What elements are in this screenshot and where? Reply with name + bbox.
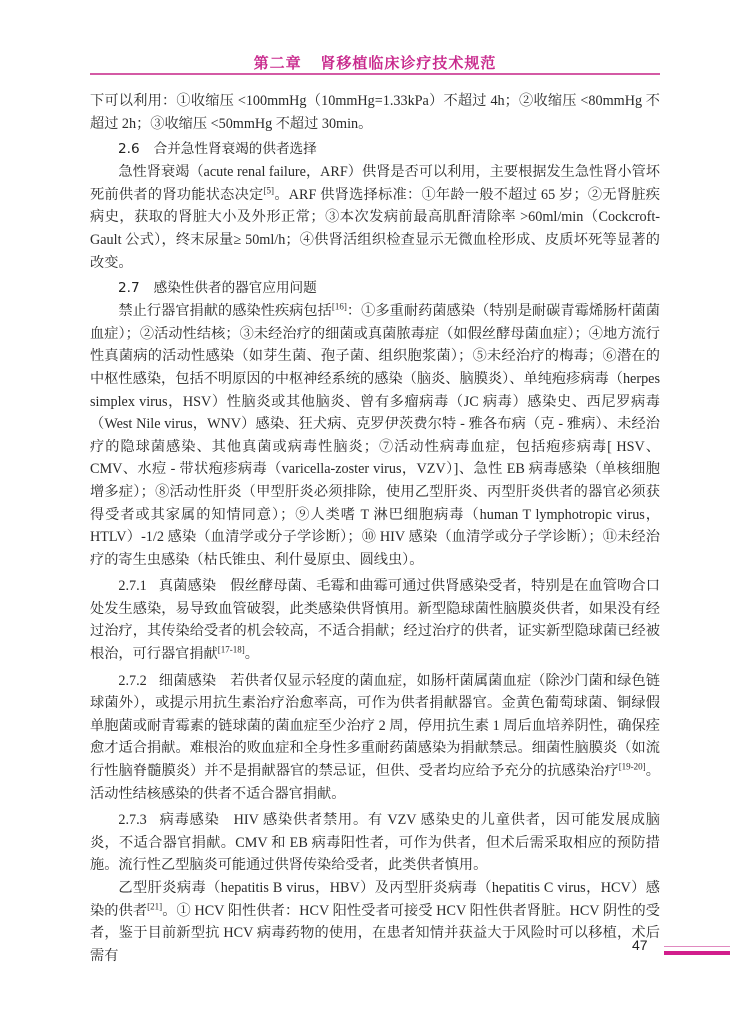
section-title: 感染性供者的器官应用问题: [154, 280, 317, 296]
header-divider: [90, 73, 660, 75]
paragraph-continued: 下可以利用：①收缩压 <100mmHg（10mmHg=1.33kPa）不超过 4…: [90, 90, 660, 135]
subsection-number: 2.7.1: [118, 578, 146, 594]
footer-divider: [664, 951, 730, 955]
paragraph-contraindications: 禁止行器官捐献的感染性疾病包括[16]：①多重耐药菌感染（特别是耐碳青霉烯肠杆菌…: [90, 300, 660, 571]
subsection-number: 2.7.3: [118, 812, 146, 828]
chapter-label: 第二章: [254, 54, 302, 72]
subsection-number: 2.7.2: [118, 673, 146, 689]
subsection-2-7-2: 2.7.2细菌感染若供者仅显示轻度的菌血症，如肠杆菌属菌血症（除沙门菌和绿色链球…: [90, 670, 660, 806]
paragraph-text: 。: [245, 646, 259, 662]
section-heading-2-7: 2.7感染性供者的器官应用问题: [90, 276, 660, 300]
footer-divider-thin: [664, 946, 730, 947]
section-title: 合并急性肾衰竭的供者选择: [154, 141, 317, 157]
page-number: 47: [632, 937, 648, 953]
citation-ref: [5]: [264, 185, 275, 195]
subsection-2-7-3: 2.7.3病毒感染HIV 感染供者禁用。有 VZV 感染史的儿童供者，因可能发展…: [90, 809, 660, 877]
paragraph-arf: 急性肾衰竭（acute renal failure，ARF）供肾是否可以利用，主…: [90, 161, 660, 274]
paragraph-text: 禁止行器官捐献的感染性疾病包括: [118, 303, 331, 319]
paragraph-hepatitis: 乙型肝炎病毒（hepatitis B virus，HBV）及丙型肝炎病毒（hep…: [90, 877, 660, 967]
page-body: 下可以利用：①收缩压 <100mmHg（10mmHg=1.33kPa）不超过 4…: [90, 90, 660, 967]
running-header: 第二章 肾移植临床诊疗技术规范: [90, 52, 660, 73]
paragraph-text: 。① HCV 阳性供者：HCV 阳性受者可接受 HCV 阳性供者肾脏。HCV 阴…: [90, 903, 660, 964]
section-heading-2-6: 2.6合并急性肾衰竭的供者选择: [90, 137, 660, 161]
subsection-title: 真菌感染: [159, 578, 216, 594]
chapter-title: 肾移植临床诊疗技术规范: [320, 54, 496, 72]
subsection-title: 细菌感染: [159, 673, 216, 689]
citation-ref: [21]: [147, 901, 162, 911]
subsection-title: 病毒感染: [159, 812, 220, 828]
citation-ref: [16]: [332, 301, 347, 311]
citation-ref: [19-20]: [619, 761, 646, 771]
paragraph-text: ：①多重耐药菌感染（特别是耐碳青霉烯肠杆菌菌血症）；②活动性结核；③未经治疗的细…: [90, 303, 660, 568]
citation-ref: [17-18]: [218, 644, 245, 654]
section-number: 2.7: [118, 280, 140, 296]
section-number: 2.6: [118, 141, 140, 157]
subsection-2-7-1: 2.7.1真菌感染假丝酵母菌、毛霉和曲霉可通过供肾感染受者，特别是在血管吻合口处…: [90, 575, 660, 665]
